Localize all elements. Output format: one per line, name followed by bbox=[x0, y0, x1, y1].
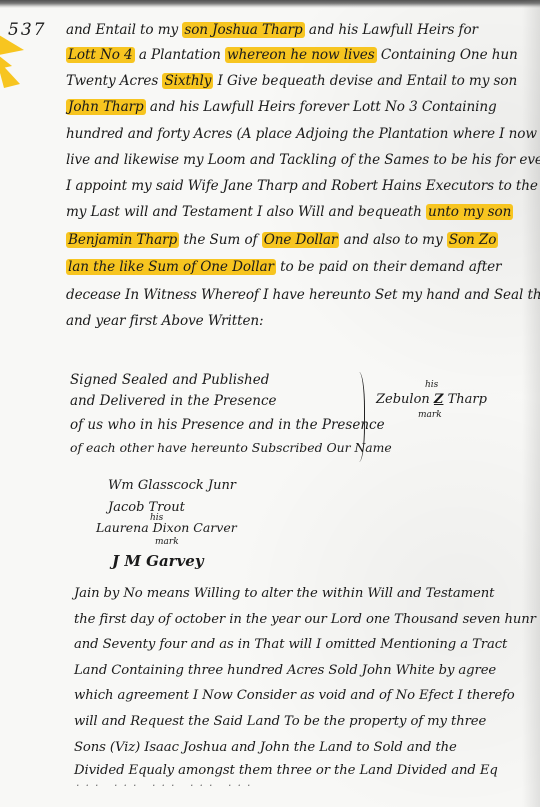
will-text-line: I appoint my said Wife Jane Tharp and Ro… bbox=[66, 175, 538, 197]
scan-top-edge bbox=[0, 0, 540, 8]
witness-signature: Jacob Trout bbox=[108, 500, 185, 515]
highlighted-text: unto my son bbox=[426, 204, 513, 220]
cutoff-line: ... ... ... ... ... bbox=[76, 772, 256, 794]
highlighted-text: whereon he now lives bbox=[225, 47, 377, 63]
will-text-line: Twenty Acres Sixthly I Give bequeath dev… bbox=[66, 70, 517, 92]
text-segment: I appoint my said Wife Jane Tharp and Ro… bbox=[66, 178, 538, 194]
text-segment: I Give bequeath devise and Entail to my … bbox=[213, 73, 517, 89]
text-segment: live and likewise my Loom and Tackling o… bbox=[66, 152, 540, 168]
witness-mark-label: mark bbox=[155, 537, 179, 547]
will-text-line: and year first Above Written: bbox=[66, 310, 264, 332]
highlighted-text: Son Zo bbox=[447, 232, 499, 248]
attestation-line: of each other have hereunto Subscribed O… bbox=[70, 440, 392, 455]
text-segment: a Plantation bbox=[135, 47, 225, 63]
text-segment: hundred and forty Acres (A place Adjoing… bbox=[66, 126, 537, 142]
testator-last-name: Tharp bbox=[448, 392, 487, 407]
text-segment: and year first Above Written: bbox=[66, 313, 264, 329]
highlighted-text: Sixthly bbox=[162, 73, 213, 89]
text-segment: and Entail to my bbox=[66, 22, 182, 38]
highlighted-text: Lott No 4 bbox=[66, 47, 135, 63]
will-text-line: lan the like Sum of One Dollar to be pai… bbox=[66, 256, 501, 278]
highlighted-text: One Dollar bbox=[262, 232, 340, 248]
text-segment: and also to my bbox=[339, 232, 446, 248]
text-segment: to be paid on their demand after bbox=[276, 259, 502, 275]
codicil-text-line: and Seventy four and as in That will I o… bbox=[74, 634, 507, 656]
text-segment: Twenty Acres bbox=[66, 73, 162, 89]
attestation-line: Signed Sealed and Published bbox=[70, 372, 269, 388]
testator-his-label: his bbox=[425, 380, 438, 390]
testator-signature: Zebulon Z Tharp bbox=[376, 392, 487, 407]
will-text-line: my Last will and Testament I also Will a… bbox=[66, 201, 513, 223]
codicil-text-line: Jain by No means Willing to alter the wi… bbox=[74, 583, 494, 605]
will-text-line: live and likewise my Loom and Tackling o… bbox=[66, 149, 540, 171]
will-text-line: Benjamin Tharp the Sum of One Dollar and… bbox=[66, 229, 498, 251]
page-number: 537 bbox=[8, 20, 46, 40]
codicil-text-line: will and Request the Said Land To be the… bbox=[74, 711, 486, 733]
codicil-text-line: the first day of october in the year our… bbox=[74, 609, 536, 631]
codicil-text-line: Sons (Viz) Isaac Joshua and John the Lan… bbox=[74, 737, 457, 759]
scan-right-edge bbox=[522, 0, 540, 807]
highlighted-text: lan the like Sum of One Dollar bbox=[66, 259, 276, 275]
signature-brace bbox=[350, 372, 365, 462]
text-segment: my Last will and Testament I also Will a… bbox=[66, 204, 426, 220]
highlighted-text: John Tharp bbox=[66, 99, 146, 115]
codicil-text-line: which agreement I Now Consider as void a… bbox=[74, 685, 515, 707]
witness-signature: Wm Glasscock Junr bbox=[108, 478, 236, 493]
testator-first-name: Zebulon bbox=[376, 392, 430, 407]
text-segment: and his Lawfull Heirs forever Lott No 3 … bbox=[146, 99, 497, 115]
attestation-line: and Delivered in the Presence bbox=[70, 393, 277, 409]
highlighted-text: Benjamin Tharp bbox=[66, 232, 179, 248]
clerk-signature: J M Garvey bbox=[112, 552, 204, 570]
witness-signature: Laurena Dixon Carver bbox=[96, 520, 237, 535]
document-page: 537 and Entail to my son Joshua Tharp an… bbox=[0, 0, 540, 807]
attestation-line: of us who in his Presence and in the Pre… bbox=[70, 417, 385, 433]
codicil-text-line: Land Containing three hundred Acres Sold… bbox=[74, 660, 496, 682]
text-segment: Containing One hun bbox=[377, 47, 518, 63]
text-segment: the Sum of bbox=[179, 232, 262, 248]
will-text-line: hundred and forty Acres (A place Adjoing… bbox=[66, 123, 537, 145]
text-segment: decease In Witness Whereof I have hereun… bbox=[66, 287, 540, 303]
highlighted-text: son Joshua Tharp bbox=[182, 22, 304, 38]
testator-mark-label: mark bbox=[418, 410, 442, 420]
testator-mark: Z bbox=[434, 392, 444, 407]
will-text-line: decease In Witness Whereof I have hereun… bbox=[66, 284, 540, 306]
will-text-line: Lott No 4 a Plantation whereon he now li… bbox=[66, 44, 518, 66]
will-text-line: John Tharp and his Lawfull Heirs forever… bbox=[66, 96, 497, 118]
will-text-line: and Entail to my son Joshua Tharp and hi… bbox=[66, 19, 478, 41]
text-segment: and his Lawfull Heirs for bbox=[305, 22, 478, 38]
